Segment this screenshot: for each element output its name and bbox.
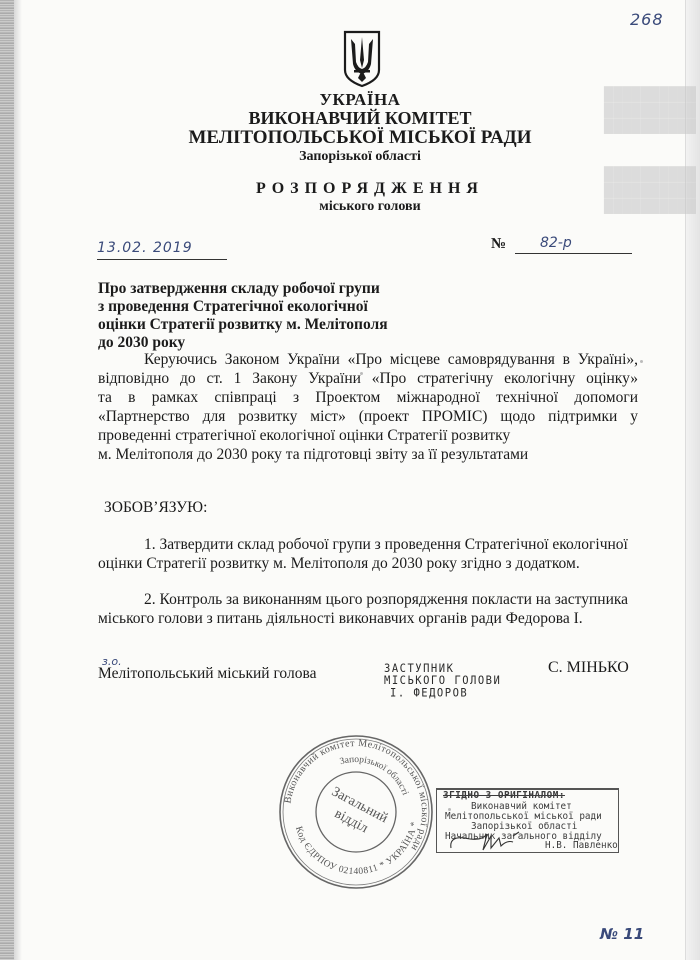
- header-country: УКРАЇНА: [100, 90, 620, 110]
- item-line: 1. Затвердити склад робочої групи з пров…: [98, 535, 638, 554]
- scan-speck: [360, 372, 363, 375]
- title-line: оцінки Стратегії розвитку м. Мелітополя: [98, 316, 418, 334]
- preamble-line: проведенні стратегічної екологічної оцін…: [98, 426, 638, 445]
- number-label: №: [491, 236, 506, 253]
- scan-edge-shadow: [0, 0, 14, 960]
- header-committee: ВИКОНАВЧИЙ КОМІТЕТ: [100, 108, 620, 129]
- round-seal-stamp: Виконавчий комітет Мелітопольської міськ…: [276, 732, 436, 892]
- handwritten-sheet-number: № 11: [600, 925, 644, 943]
- handwritten-number: 82-р: [540, 235, 572, 251]
- preamble-line: «Партнерство для розвитку міст» (проект …: [98, 407, 638, 426]
- header-council: МЕЛІТОПОЛЬСЬКОЇ МІСЬКОЇ РАДИ: [100, 127, 620, 149]
- title-line: Про затвердження складу робочої групи: [98, 280, 418, 298]
- order-word: ЗОБОВ’ЯЗУЮ:: [104, 498, 644, 517]
- preamble-line: м. Мелітополя до 2030 року та підготовці…: [98, 445, 638, 464]
- certified-copy-stamp: ЗГІДНО З ОРИГІНАЛОМ: Виконавчий комітет …: [436, 788, 619, 853]
- document-subtype: міського голови: [190, 199, 550, 215]
- preamble-paragraph: Керуючись Законом України «Про місцеве с…: [98, 350, 638, 464]
- deputy-signature-stamp: ЗАСТУПНИК МІСЬКОГО ГОЛОВИ І. ФЕДОРОВ: [384, 663, 501, 699]
- trident-coat-of-arms-icon: [342, 30, 382, 88]
- date-field: 13.02. 2019: [97, 239, 227, 260]
- document-page: ████████████████████████████████████████…: [0, 0, 700, 960]
- order-item-2: 2. Контроль за виконанням цього розпоряд…: [98, 590, 638, 628]
- preamble-line: та в рамках співпраці з Проектом міжнаро…: [98, 388, 638, 407]
- number-field: 82-р: [515, 235, 632, 254]
- scan-edge-gradient: [14, 0, 22, 960]
- order-item-1: 1. Затвердити склад робочої групи з пров…: [98, 535, 638, 573]
- scan-speck: [640, 360, 643, 363]
- order-title: Про затвердження складу робочої групи з …: [98, 280, 418, 352]
- handwritten-date: 13.02. 2019: [97, 240, 193, 256]
- preamble-line: Керуючись Законом України «Про місцеве с…: [98, 350, 638, 369]
- item-line: міського голови з питань діяльності вико…: [98, 609, 638, 628]
- handwritten-page-number: 268: [630, 10, 664, 29]
- certified-heading: ЗГІДНО З ОРИГІНАЛОМ:: [443, 791, 565, 802]
- signatory-name: С. МІНЬКО: [548, 659, 629, 677]
- title-line: з проведення Стратегічної екологічної: [98, 298, 418, 316]
- document-type-title: РОЗПОРЯДЖЕННЯ: [190, 180, 550, 198]
- signatory-position: Мелітопольський міський голова: [98, 665, 316, 683]
- item-line: 2. Контроль за виконанням цього розпоряд…: [98, 590, 638, 609]
- signature-block: з.о. Мелітопольський міський голова ЗАСТ…: [98, 655, 643, 705]
- handwritten-signature-icon: [447, 826, 527, 854]
- scan-speck: [448, 808, 451, 811]
- header-region: Запорізької області: [100, 149, 620, 165]
- item-line: оцінки Стратегії розвитку м. Мелітополя …: [98, 554, 638, 573]
- preamble-line: відповідно до ст. 1 Закону України «Про …: [98, 369, 638, 388]
